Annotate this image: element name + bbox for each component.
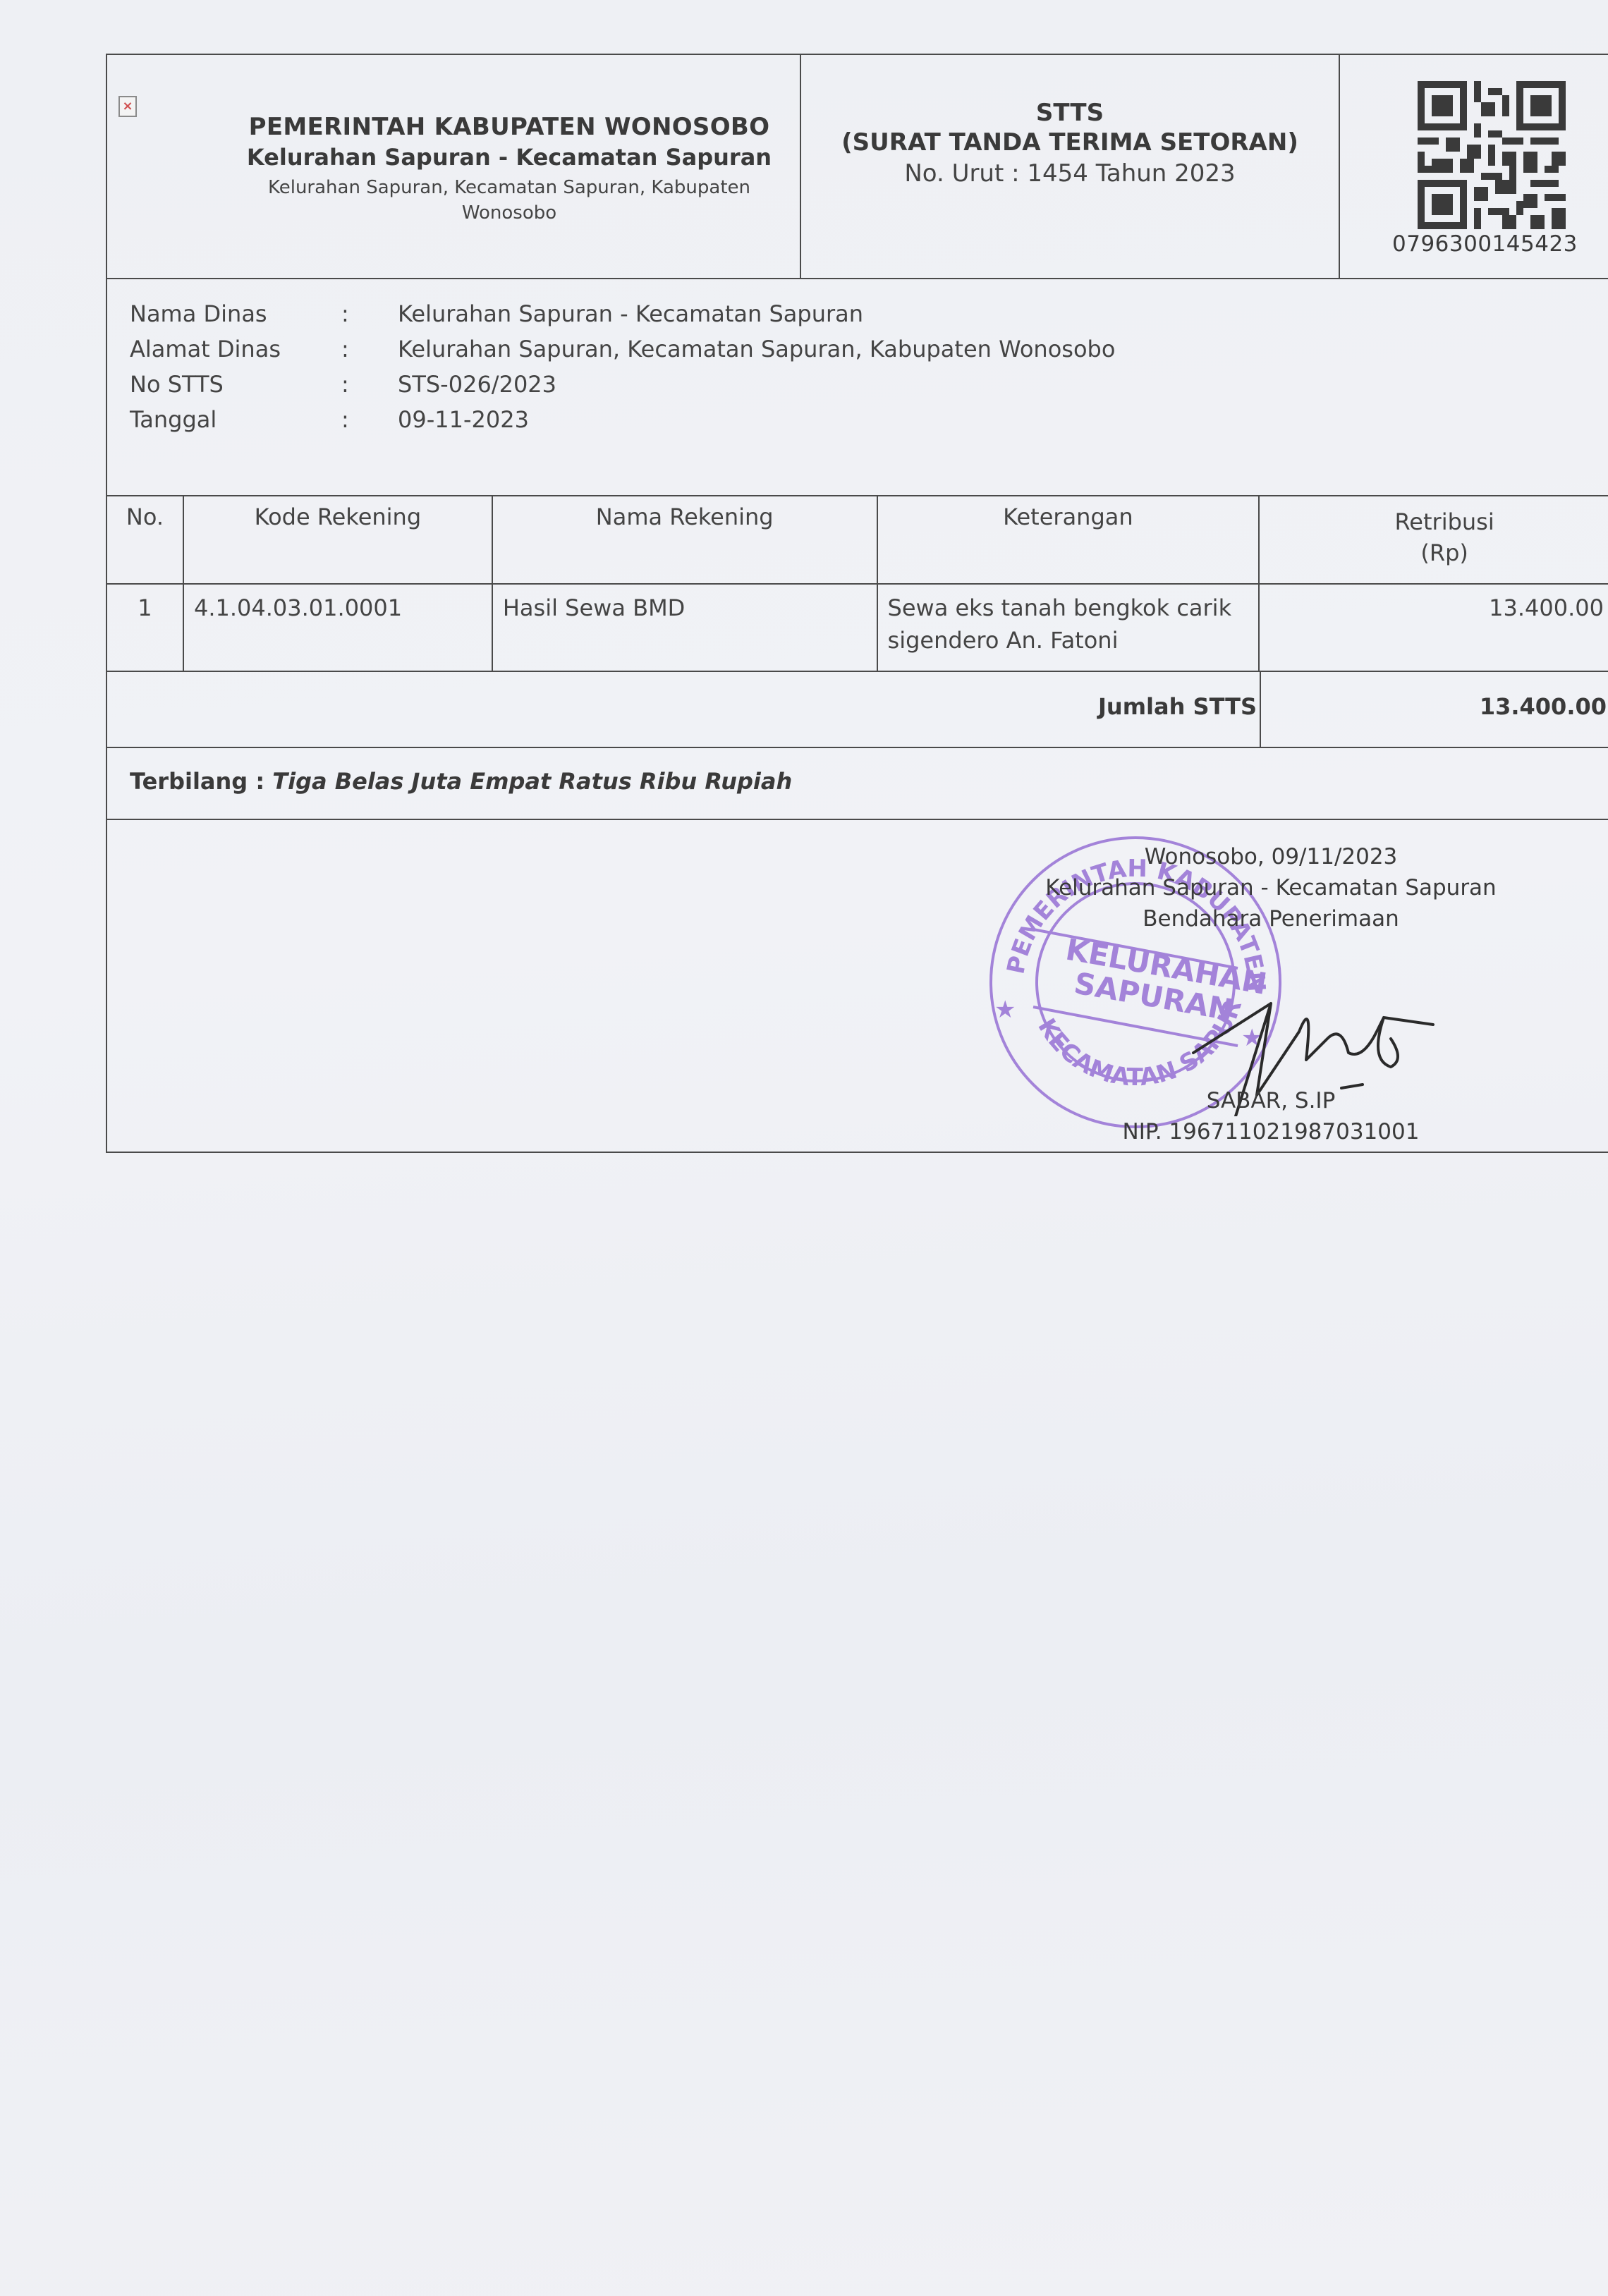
- qr-block: 0796300145423: [1340, 55, 1608, 278]
- document-subtitle: (SURAT TANDA TERIMA SETORAN): [801, 128, 1339, 157]
- cell-kode-rekening: 4.1.04.03.01.0001: [183, 584, 492, 671]
- info-value: STS-026/2023: [398, 367, 556, 402]
- qr-code-number: 0796300145423: [1392, 231, 1578, 257]
- table-header-row: No. Kode Rekening Nama Rekening Keterang…: [107, 496, 1608, 584]
- document-info: Nama Dinas : Kelurahan Sapuran - Kecamat…: [107, 279, 1608, 496]
- info-separator: :: [341, 296, 349, 331]
- info-label: Nama Dinas: [130, 296, 341, 331]
- cell-retribusi: 13.400.00: [1259, 584, 1608, 671]
- broken-image-icon: ×: [118, 96, 137, 117]
- info-label: No STTS: [130, 367, 341, 402]
- terbilang-text: Terbilang : Tiga Belas Juta Empat Ratus …: [130, 768, 792, 795]
- retribusi-unit: (Rp): [1260, 537, 1608, 568]
- document-number: No. Urut : 1454 Tahun 2023: [801, 159, 1339, 188]
- total-value: 13.400.00: [1264, 693, 1607, 720]
- column-divider: [1260, 672, 1261, 747]
- government-title: PEMERINTAH KABUPATEN WONOSOBO: [234, 113, 784, 141]
- stts-document: × PEMERINTAH KABUPATEN WONOSOBO Keluraha…: [106, 54, 1608, 1153]
- info-separator: :: [341, 331, 349, 367]
- column-header-keterangan: Keterangan: [877, 496, 1260, 584]
- info-label: Tanggal: [130, 402, 341, 437]
- terbilang-label: Terbilang :: [130, 768, 264, 795]
- total-row: Jumlah STTS 13.400.00: [107, 672, 1608, 748]
- info-value: 09-11-2023: [398, 402, 529, 437]
- government-subtitle: Kelurahan Sapuran - Kecamatan Sapuran: [234, 144, 784, 171]
- info-separator: :: [341, 367, 349, 402]
- svg-text:★: ★: [994, 996, 1016, 1024]
- items-table: No. Kode Rekening Nama Rekening Keterang…: [107, 496, 1608, 672]
- info-value: Kelurahan Sapuran, Kecamatan Sapuran, Ka…: [398, 331, 1115, 367]
- terbilang-row: Terbilang : Tiga Belas Juta Empat Ratus …: [107, 748, 1608, 820]
- signature-position: Bendahara Penerimaan: [982, 903, 1560, 934]
- cell-keterangan: Sewa eks tanah bengkok carik sigendero A…: [877, 584, 1260, 671]
- total-label: Jumlah STTS: [1098, 693, 1257, 720]
- signature-office: Kelurahan Sapuran - Kecamatan Sapuran: [982, 872, 1560, 903]
- government-header: × PEMERINTAH KABUPATEN WONOSOBO Keluraha…: [107, 55, 801, 278]
- column-header-retribusi: Retribusi (Rp): [1259, 496, 1608, 584]
- government-address: Kelurahan Sapuran, Kecamatan Sapuran, Ka…: [234, 175, 784, 226]
- table-row: 1 4.1.04.03.01.0001 Hasil Sewa BMD Sewa …: [107, 584, 1608, 671]
- cell-nama-rekening: Hasil Sewa BMD: [492, 584, 877, 671]
- cell-no: 1: [107, 584, 183, 671]
- signature-section: PEMERINTAH KABUPATEN WONOSOBO KECAMATAN …: [107, 820, 1608, 1153]
- info-value: Kelurahan Sapuran - Kecamatan Sapuran: [398, 296, 863, 331]
- document-header: × PEMERINTAH KABUPATEN WONOSOBO Keluraha…: [107, 55, 1608, 279]
- signature-place-date: Wonosobo, 09/11/2023: [982, 841, 1560, 872]
- qr-code-icon: [1418, 79, 1566, 231]
- info-separator: :: [341, 402, 349, 437]
- signer-name: SABAR, S.IP: [982, 1085, 1560, 1116]
- document-title: STTS: [801, 99, 1339, 127]
- document-title-block: STTS (SURAT TANDA TERIMA SETORAN) No. Ur…: [801, 55, 1340, 278]
- info-label: Alamat Dinas: [130, 331, 341, 367]
- terbilang-value: Tiga Belas Juta Empat Ratus Ribu Rupiah: [272, 768, 792, 795]
- column-header-nama-rekening: Nama Rekening: [492, 496, 877, 584]
- signer-nip: NIP. 196711021987031001: [982, 1116, 1560, 1147]
- retribusi-label: Retribusi: [1260, 506, 1608, 537]
- column-header-no: No.: [107, 496, 183, 584]
- column-header-kode-rekening: Kode Rekening: [183, 496, 492, 584]
